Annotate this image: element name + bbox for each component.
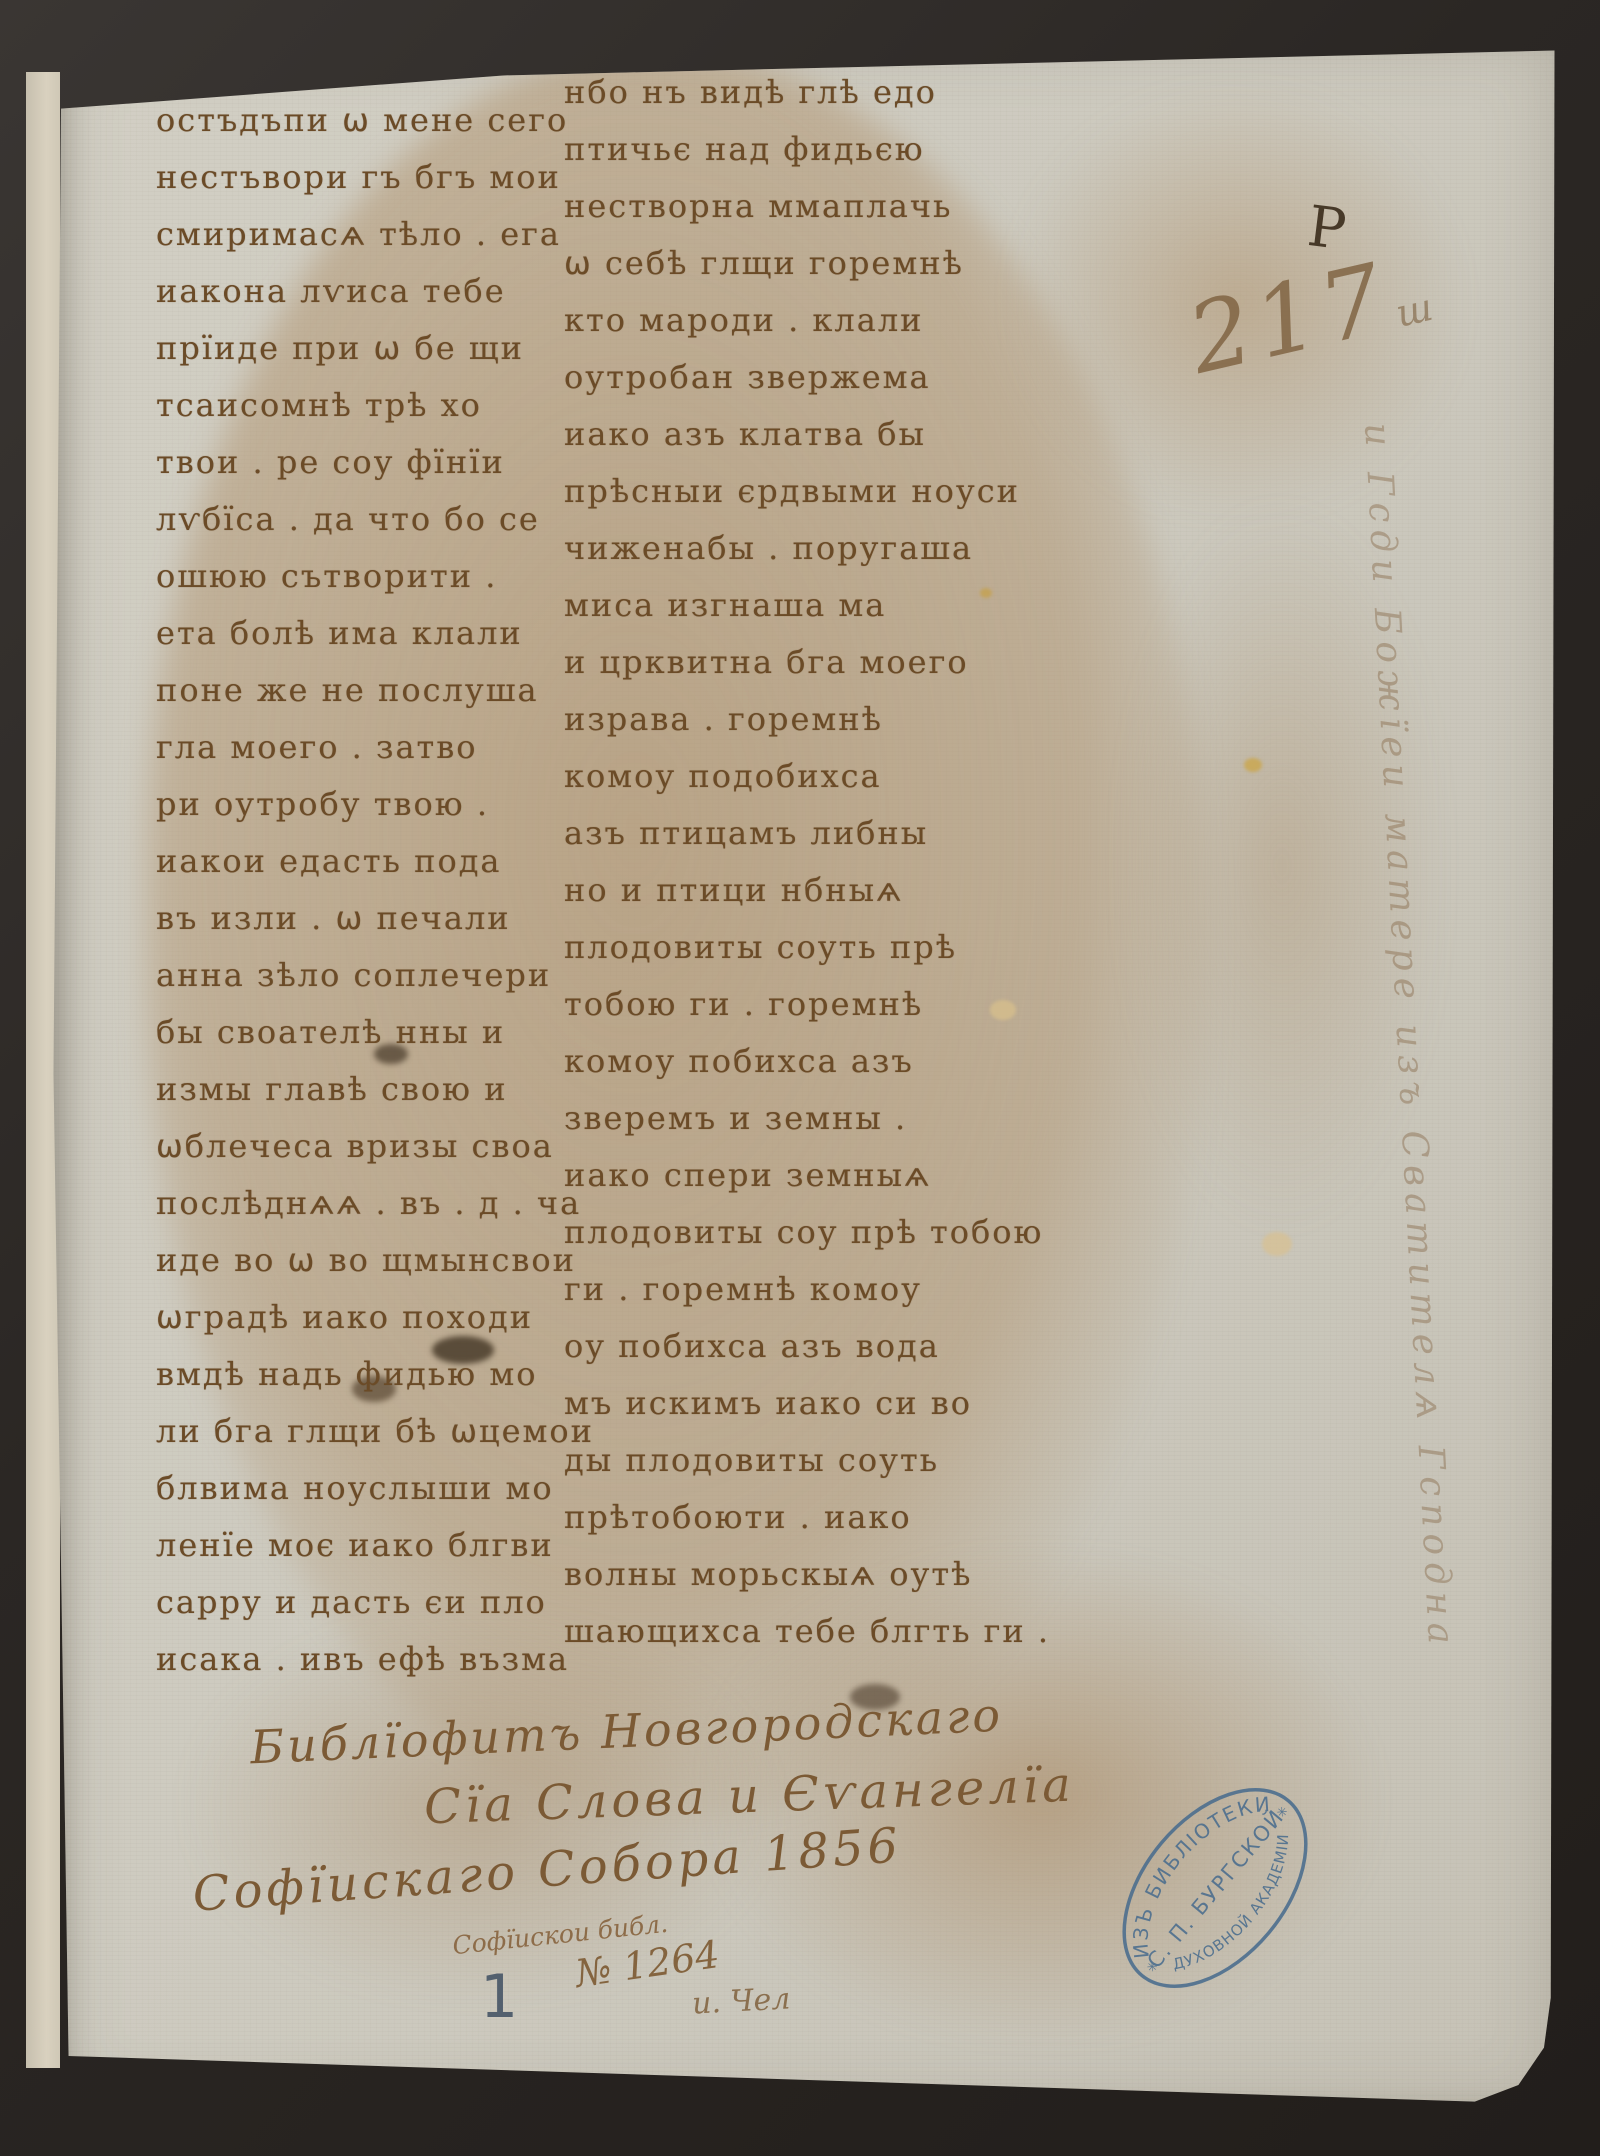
manuscript-line: бы своателѣ нны и (156, 1004, 594, 1061)
manuscript-line: твои . ре соу фїнїи (156, 434, 594, 491)
manuscript-line: оутробан звержема (564, 349, 1050, 406)
manuscript-line: лѵбїса . да что бо се (156, 491, 594, 548)
manuscript-line: блвима ноуслыши мо (156, 1460, 594, 1517)
manuscript-line: измы главѣ свою и (156, 1061, 594, 1118)
manuscript-line: вмдѣ надь фидью мо (156, 1346, 594, 1403)
manuscript-page: остъдъпи ѡ мене сегонестъвори гъ бгъ мои… (52, 36, 1556, 2112)
manuscript-line: миса изгнаша ма (564, 577, 1050, 634)
manuscript-line: ета болѣ има клали (156, 605, 594, 662)
manuscript-line: ды плодовиты соуть (564, 1432, 1050, 1489)
manuscript-line: сарру и дасть єи пло (156, 1574, 594, 1631)
manuscript-line: иде во ѡ во щмынсвои (156, 1232, 594, 1289)
manuscript-line: исака . ивъ ефѣ възма (156, 1631, 594, 1688)
manuscript-line: и црквитна бга моего (564, 634, 1050, 691)
manuscript-line: анна зѣло соплечери (156, 947, 594, 1004)
manuscript-line: плодовиты соу прѣ тобою (564, 1204, 1050, 1261)
manuscript-photo: { "photo": { "background_color": "#2b272… (0, 0, 1600, 2156)
manuscript-line: ленїе моє иако блгви (156, 1517, 594, 1574)
manuscript-line: иакона лѵиса тебе (156, 263, 594, 320)
manuscript-line: израва . горемнѣ (564, 691, 1050, 748)
manuscript-line: волны морьскыѧ оутѣ (564, 1546, 1050, 1603)
manuscript-line: въ изли . ѡ печали (156, 890, 594, 947)
manuscript-line: ѡградѣ иако походи (156, 1289, 594, 1346)
paper-freckle (1262, 1232, 1292, 1256)
paper-freckle (1244, 758, 1262, 772)
manuscript-line: чиженабы . поругаша (564, 520, 1050, 577)
manuscript-line: остъдъпи ѡ мене сего (156, 92, 594, 149)
manuscript-line: послѣднѧѧ . въ . д . ча (156, 1175, 594, 1232)
manuscript-line: нестворна ммаплачь (564, 178, 1050, 235)
manuscript-line: ги . горемнѣ комоу (564, 1261, 1050, 1318)
manuscript-line: ри оутробу твою . (156, 776, 594, 833)
manuscript-line: поне же не послуша (156, 662, 594, 719)
manuscript-line: шающихса тебе блгть ги . (564, 1603, 1050, 1660)
manuscript-line: ѡблечеса вризы своа (156, 1118, 594, 1175)
manuscript-line: иако спери земныѧ (564, 1147, 1050, 1204)
leaf-number: 1 (480, 1962, 518, 2032)
manuscript-line: прѣсныи єрдвыми ноуси (564, 463, 1050, 520)
manuscript-line: прѣтобоюти . иако (564, 1489, 1050, 1546)
manuscript-line: иако азъ клатва бы (564, 406, 1050, 463)
manuscript-line: но и птици нбныѧ (564, 862, 1050, 919)
text-column-1: остъдъпи ѡ мене сегонестъвори гъ бгъ мои… (156, 92, 594, 1688)
manuscript-line: нестъвори гъ бгъ мои (156, 149, 594, 206)
manuscript-line: тсаисомнѣ трѣ хо (156, 377, 594, 434)
manuscript-line: смиримасѧ тѣло . ега (156, 206, 594, 263)
manuscript-line: гла моего . затво (156, 719, 594, 776)
text-column-2: нбо нъ видѣ глѣ едоптичьє над фидьєюнест… (564, 64, 1050, 1660)
manuscript-line: зверемъ и земны . (564, 1090, 1050, 1147)
manuscript-line: птичьє над фидьєю (564, 121, 1050, 178)
manuscript-line: комоу побихса азъ (564, 1033, 1050, 1090)
manuscript-line: кто мароди . клали (564, 292, 1050, 349)
manuscript-line: иакои едасть пода (156, 833, 594, 890)
manuscript-line: азъ птицамъ либны (564, 805, 1050, 862)
manuscript-line: ѡ себѣ глщи горемнѣ (564, 235, 1050, 292)
manuscript-line: ли бга глщи бѣ ѡцемои (156, 1403, 594, 1460)
manuscript-line: нбо нъ видѣ глѣ едо (564, 64, 1050, 121)
manuscript-line: ошюю сътворити . (156, 548, 594, 605)
manuscript-line: плодовиты соуть прѣ (564, 919, 1050, 976)
manuscript-line: комоу подобихса (564, 748, 1050, 805)
bottom-right-note: и. Чел (691, 1981, 791, 2021)
manuscript-line: оу побихса азъ вода (564, 1318, 1050, 1375)
manuscript-line: мъ искимъ иако си во (564, 1375, 1050, 1432)
manuscript-line: прїиде при ѡ бе щи (156, 320, 594, 377)
manuscript-line: тобою ги . горемнѣ (564, 976, 1050, 1033)
